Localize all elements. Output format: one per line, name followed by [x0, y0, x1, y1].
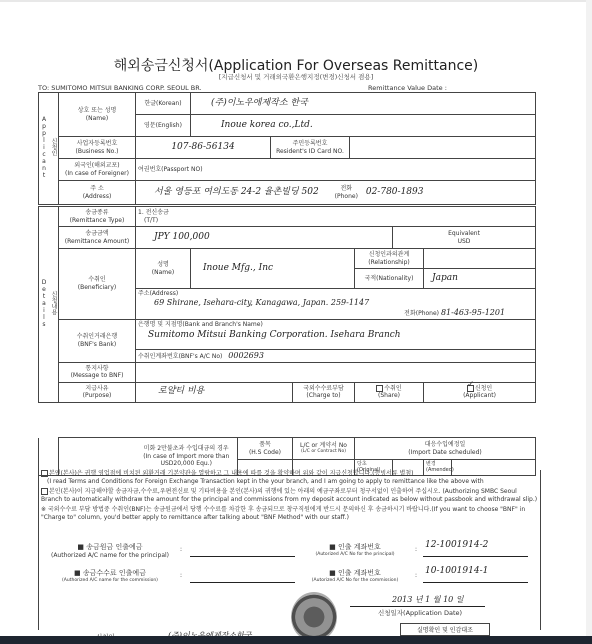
- address-label: 주 소(Address): [59, 181, 136, 205]
- bank-name-field[interactable]: 은행명 및 지점명(Bank and Branch's Name) Sumito…: [136, 319, 536, 349]
- import-date-label: 대응수입예정일(Import Date scheduled): [355, 438, 536, 460]
- principal-name-label: ■ 송금원금 인출예금(Authorized A/C name for the …: [45, 542, 175, 559]
- remittance-value-date-label: Remittance Value Date :: [368, 84, 447, 92]
- terms-p2-ko: 본인(본사)이 지급해야할 송금자금,수수료,우편전신료 및 기타비용을 본인(…: [49, 488, 441, 495]
- verification-box-label: 실명확인 및 인감대조: [400, 623, 490, 636]
- form-subtitle: [지급신청서 및 거래외국환은행지정(변경)신청서 겸용]: [0, 72, 592, 81]
- principal-name-field[interactable]: [190, 556, 295, 557]
- nationality-label: 국적(Nationality): [355, 269, 424, 289]
- passport-field[interactable]: 여권번호(Passport NO): [136, 159, 536, 181]
- date-line: [350, 606, 485, 607]
- terms-p1-ko: 본인(본사)은 귀행 영업점에 비치된 외환거래 기본약관을 열람하고 그 내용…: [49, 470, 413, 477]
- korean-name-field[interactable]: (주)이노우에제작소 한국: [191, 93, 536, 115]
- english-name-field[interactable]: Inoue korea co.,Ltd.: [191, 115, 536, 137]
- account-field[interactable]: 수취인계좌번호(BNF's A/C No) 0002693: [136, 349, 536, 362]
- colon: :: [415, 572, 417, 579]
- details-table: Details 신청내용 송금종류(Remittance Type) 1. 전신…: [38, 206, 536, 403]
- charge-applicant-option[interactable]: ✓신청인(Applicant): [424, 382, 536, 402]
- ben-phone-value[interactable]: 81-463-95-1201: [441, 308, 505, 317]
- principal-no-value[interactable]: 12-1001914-2: [425, 540, 488, 550]
- amount-label: 송금금액(Remittance Amount): [59, 227, 136, 249]
- relationship-label: 신청인과의관계(Relationship): [355, 249, 424, 269]
- business-no-field[interactable]: 107-86-56134: [136, 137, 271, 159]
- principal-no-label: ■ 인출 계좌번호(Autorized A/C No for the princ…: [300, 542, 410, 557]
- applicant-checkbox-checked[interactable]: ✓: [467, 385, 474, 392]
- nationality-field[interactable]: Japan: [424, 269, 536, 289]
- phone-value[interactable]: 02-780-1893: [366, 187, 424, 197]
- addressee: TO: SUMITOMO MITSUI BANKING CORP. SEOUL …: [38, 84, 202, 92]
- bank-label: 수취인거래은행(BNF's Bank): [59, 319, 136, 362]
- name-label: 상호 또는 성명(Name): [59, 93, 136, 137]
- document-page: 해외송금신청서(Application For Overseas Remitta…: [0, 0, 592, 644]
- vertical-scrollbar[interactable]: [586, 0, 592, 644]
- message-label: 통지사항(Message to BNF): [59, 362, 136, 382]
- commission-no-label: ■ 인출 계좌번호(Autorized A/C No for the commi…: [300, 568, 410, 583]
- application-date-label: 신청일자(Application Date): [360, 608, 480, 617]
- amount-field[interactable]: JPY 100,000: [136, 227, 393, 249]
- remittance-type-field[interactable]: 1. 전신송금(T/T): [136, 207, 536, 227]
- ben-address-field[interactable]: 주소(Address) 69 Shirane, Isehara-city, Ka…: [136, 289, 536, 320]
- details-side-label-ko: 신청내용: [49, 207, 59, 403]
- resident-id-label: 주민등록번호Resident's ID Card NO.: [271, 137, 350, 159]
- colon: :: [180, 546, 182, 553]
- colon: :: [180, 572, 182, 579]
- viewer-bottom-bar: [0, 636, 592, 644]
- commission-no-value[interactable]: 10-1001914-1: [425, 566, 488, 576]
- address-field[interactable]: 서울 영등포 여의도동 24-2 율촌빌딩 502 전화(Phone) 02-7…: [136, 181, 536, 205]
- terms-agree-checkbox[interactable]: [41, 470, 48, 477]
- application-date-value[interactable]: 2013 년 1 월 10 일: [392, 594, 464, 605]
- purpose-label: 지급사유(Purpose): [59, 382, 136, 402]
- business-no-label: 사업자등록번호(Business No.): [59, 137, 136, 159]
- auto-withdraw-checkbox[interactable]: [41, 488, 48, 495]
- korean-label: 한글(Korean): [136, 93, 191, 115]
- hs-label: 품목(H.S Code): [238, 438, 293, 460]
- lc-label: L/C or 계약서 No(L/C or Contract No): [293, 438, 355, 460]
- details-side-label-en: Details: [39, 207, 49, 403]
- applicant-side-label-en: Applicant: [39, 93, 49, 205]
- share-checkbox[interactable]: [376, 385, 383, 392]
- charge-share-option[interactable]: 수취인(Share): [355, 382, 424, 402]
- equivalent-field[interactable]: EquivalentUSD: [393, 227, 536, 249]
- ben-name-label: 성명(Name): [136, 249, 191, 289]
- resident-id-field[interactable]: [350, 137, 536, 159]
- relationship-field[interactable]: [424, 249, 536, 269]
- charge-label: 국외수수료부담(Charge to): [293, 382, 355, 402]
- message-field[interactable]: [136, 362, 536, 382]
- company-seal-stamp: [291, 592, 337, 642]
- viewer-top-edge: [0, 0, 592, 2]
- terms-p3: ※ 국외수수료 부담 방법중 수취인(BNF)는 송금원금에서 당행 수수료를 …: [41, 506, 538, 522]
- applicant-table: Applicant 신청인 상호 또는 성명(Name) 한글(Korean) …: [38, 92, 536, 205]
- phone-label: 전화(Phone): [335, 185, 358, 200]
- english-label: 영문(English): [136, 115, 191, 137]
- commission-name-label: ■ 송금수수료 인출예금(Authorized A/C name for the…: [45, 568, 175, 583]
- terms-p1-en: (I read Terms and Conditions for Foreign…: [47, 478, 538, 486]
- ben-name-field[interactable]: Inoue Mfg., Inc: [191, 249, 355, 289]
- ben-phone-label: 전화(Phone): [404, 310, 439, 317]
- remittance-type-label: 송금종류(Remittance Type): [59, 207, 136, 227]
- colon: :: [415, 546, 417, 553]
- applicant-side-label-ko: 신청인: [49, 93, 59, 205]
- principal-no-line: [423, 556, 528, 557]
- beneficiary-label: 수취인(Beneficiary): [59, 249, 136, 320]
- commission-name-field[interactable]: [190, 582, 295, 583]
- purpose-field[interactable]: 로얄티 비용: [136, 382, 293, 402]
- foreigner-label: 외국인(해외교포)(In case of Foreigner): [59, 159, 136, 181]
- commission-no-line: [423, 582, 528, 583]
